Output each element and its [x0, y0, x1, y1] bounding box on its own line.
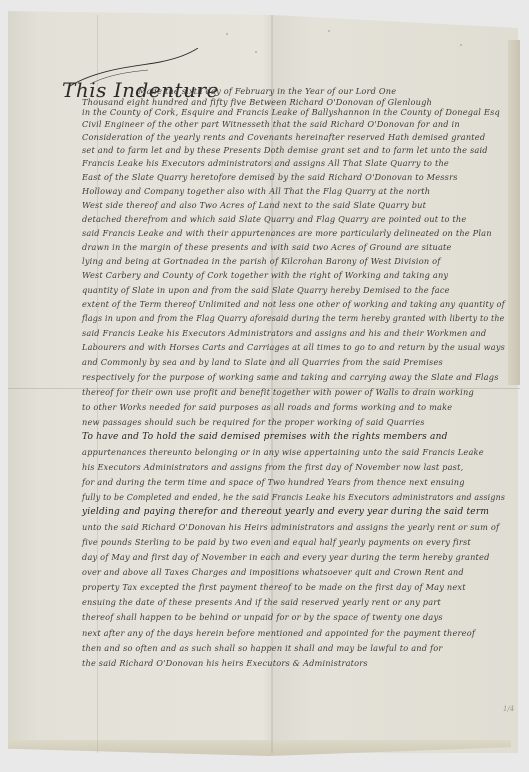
text-line: his Executors Administrators and assigns…: [82, 462, 463, 472]
text-line-reddendum: yielding and paying therefor and thereou…: [82, 507, 489, 517]
paper-spot: [328, 30, 330, 32]
paper-spot: [255, 51, 257, 53]
text-line: in the County of Cork, Esquire and Franc…: [82, 107, 500, 117]
text-line: said Francis Leake and with their appurt…: [82, 228, 492, 238]
text-line: Made the sixth day of February in the Ye…: [138, 86, 396, 96]
text-line: drawn in the margin of these presents an…: [82, 242, 452, 252]
text-line: thereof for their own use profit and ben…: [82, 387, 474, 397]
paper-spot: [226, 33, 228, 35]
text-line: five pounds Sterling to be paid by two e…: [82, 537, 471, 547]
text-line: Labourers and with Horses Carts and Carr…: [82, 342, 505, 352]
text-line: fully to be Completed and ended, he the …: [82, 492, 505, 502]
text-line: lying and being at Gortnadea in the pari…: [82, 256, 441, 266]
text-line: then and so often and as such shall so h…: [82, 643, 443, 653]
text-line: next after any of the days herein before…: [82, 628, 475, 638]
text-line: thereof shall happen to be behind or unp…: [82, 612, 443, 622]
text-line: extent of the Term thereof Unlimited and…: [82, 299, 505, 309]
text-line: flags in upon and from the Flag Quarry a…: [82, 313, 505, 323]
text-line: day of May and first day of November in …: [82, 552, 490, 562]
paper-folded-flap: [508, 40, 520, 385]
text-line: for and during the term time and space o…: [82, 477, 465, 487]
text-line: quantity of Slate in upon and from the s…: [82, 285, 450, 295]
text-line: unto the said Richard O'Donovan his Heir…: [82, 522, 499, 532]
text-line: and Commonly by sea and by land to Slate…: [82, 357, 443, 367]
text-line: the said Richard O'Donovan his heirs Exe…: [82, 658, 368, 668]
text-line: West side thereof and also Two Acres of …: [82, 200, 426, 210]
text-line: Francis Leake his Executors administrato…: [82, 158, 449, 168]
text-line: property Tax excepted the first payment …: [82, 582, 466, 592]
text-line-habendum: To have and To hold the said demised pre…: [82, 432, 448, 442]
text-line: West Carbery and County of Cork together…: [82, 270, 448, 280]
text-line: Thousand eight hundred and fifty five Be…: [82, 97, 432, 107]
text-line: said Francis Leake his Executors Adminis…: [82, 328, 486, 338]
text-line: appurtenances thereunto belonging or in …: [82, 447, 484, 457]
text-line: over and above all Taxes Charges and imp…: [82, 567, 464, 577]
folio-mark: 1/4: [503, 705, 514, 713]
text-line: detached therefrom and which said Slate …: [82, 214, 466, 224]
text-line: set and to farm let and by these Present…: [82, 145, 488, 155]
text-line: respectively for the purpose of working …: [82, 372, 499, 382]
text-line: Consideration of the yearly rents and Co…: [82, 132, 485, 142]
text-line: East of the Slate Quarry heretofore demi…: [82, 172, 458, 182]
text-line: Holloway and Company together also with …: [82, 186, 430, 196]
text-line: new passages should such be required for…: [82, 417, 425, 427]
text-line: Civil Engineer of the other part Witness…: [82, 119, 460, 129]
paper-spot: [460, 44, 462, 46]
paper-bottom-edge: [8, 740, 511, 756]
text-line: ensuing the date of these presents And i…: [82, 597, 441, 607]
text-line: to other Works needed for said purposes …: [82, 402, 452, 412]
